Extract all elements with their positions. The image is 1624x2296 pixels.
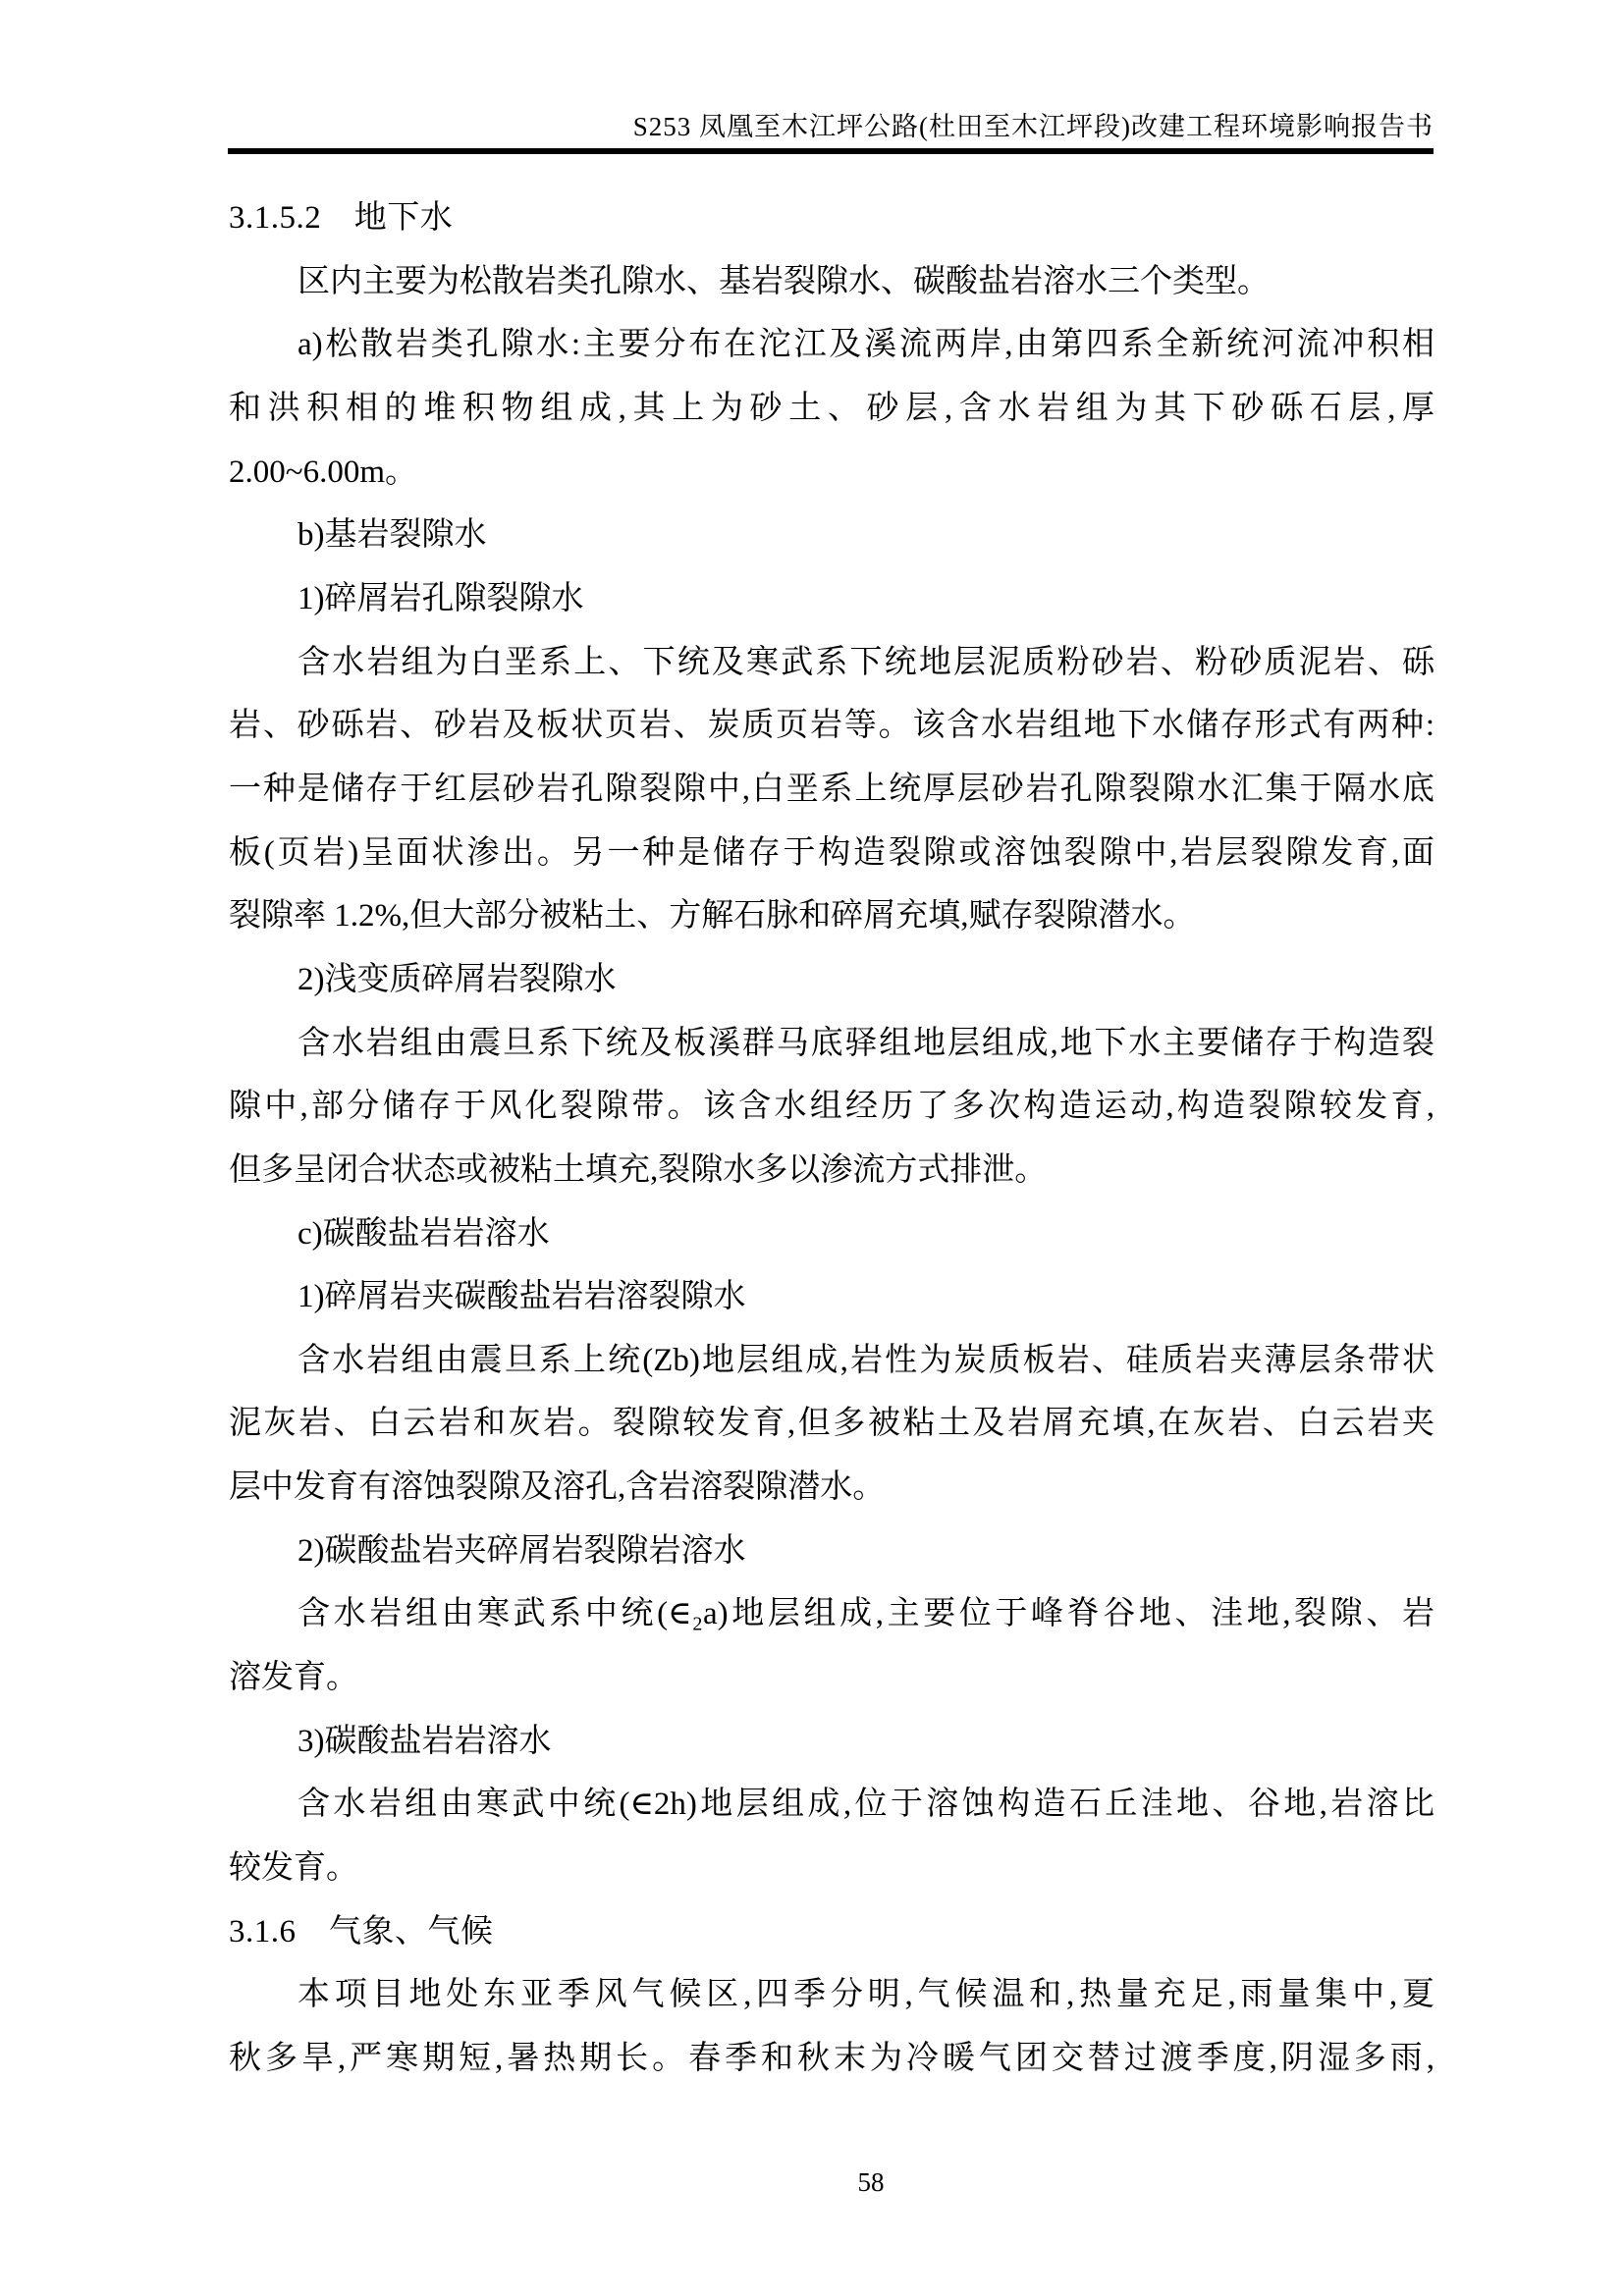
text-line: a)松散岩类孔隙水:主要分布在沱江及溪流两岸,由第四系全新统河流冲积相 [229,313,1435,377]
text-line: 秋多旱,严寒期短,暑热期长。春季和秋末为冷暖气团交替过渡季度,阴湿多雨, [229,2027,1435,2091]
document-body: 3.1.5.2 地下水区内主要为松散岩类孔隙水、基岩裂隙水、碳酸盐岩溶水三个类型… [229,187,1435,2091]
section-heading: 3.1.5.2 地下水 [229,187,1435,250]
text-line: 较发育。 [229,1837,1435,1900]
text-line: 区内主要为松散岩类孔隙水、基岩裂隙水、碳酸盐岩溶水三个类型。 [229,250,1435,314]
text-line: 含水岩组由寒武系中统(∈₂a)地层组成,主要位于峰脊谷地、洼地,裂隙、岩 [229,1582,1435,1646]
text-line: b)基岩裂隙水 [229,504,1435,567]
text-line: 2)浅变质碎屑岩裂隙水 [229,948,1435,1012]
text-line: 裂隙率 1.2%,但大部分被粘土、方解石脉和碎屑充填,赋存裂隙潜水。 [229,884,1435,948]
text-line: 2.00~6.00m。 [229,441,1435,505]
text-line: 隙中,部分储存于风化裂隙带。该含水组经历了多次构造运动,构造裂隙较发育, [229,1075,1435,1139]
text-line: 3)碳酸盐岩岩溶水 [229,1710,1435,1774]
page-header-title: S253 凤凰至木江坪公路(杜田至木江坪段)改建工程环境影响报告书 [633,110,1434,143]
text-line: 含水岩组由震旦系下统及板溪群马底驿组地层组成,地下水主要储存于构造裂 [229,1012,1435,1076]
text-line: 溶发育。 [229,1646,1435,1710]
text-line: 含水岩组由寒武中统(∈2h)地层组成,位于溶蚀构造石丘洼地、谷地,岩溶比 [229,1773,1435,1837]
section-heading: 3.1.6 气象、气候 [229,1900,1435,1964]
text-line: 本项目地处东亚季风气候区,四季分明,气候温和,热量充足,雨量集中,夏 [229,1963,1435,2027]
text-line: 一种是储存于红层砂岩孔隙裂隙中,白垩系上统厚层砂岩孔隙裂隙水汇集于隔水底 [229,758,1435,822]
text-line: 但多呈闭合状态或被粘土填充,裂隙水多以渗流方式排泄。 [229,1139,1435,1202]
text-line: 和洪积相的堆积物组成,其上为砂土、砂层,含水岩组为其下砂砾石层,厚 [229,377,1435,441]
text-line: 1)碎屑岩夹碳酸盐岩岩溶裂隙水 [229,1265,1435,1329]
text-line: 板(页岩)呈面状渗出。另一种是储存于构造裂隙或溶蚀裂隙中,岩层裂隙发育,面 [229,822,1435,885]
text-line: 岩、砂砾岩、砂岩及板状页岩、炭质页岩等。该含水岩组地下水储存形式有两种: [229,694,1435,758]
document-page: S253 凤凰至木江坪公路(杜田至木江坪段)改建工程环境影响报告书 3.1.5.… [0,0,1624,2296]
text-line: 层中发育有溶蚀裂隙及溶孔,含岩溶裂隙潜水。 [229,1456,1435,1520]
page-number: 58 [841,2165,900,2199]
text-line: 1)碎屑岩孔隙裂隙水 [229,567,1435,631]
text-line: 2)碳酸盐岩夹碎屑岩裂隙岩溶水 [229,1520,1435,1583]
text-line: c)碳酸盐岩岩溶水 [229,1202,1435,1266]
text-line: 泥灰岩、白云岩和灰岩。裂隙较发育,但多被粘土及岩屑充填,在灰岩、白云岩夹 [229,1392,1435,1456]
text-line: 含水岩组为白垩系上、下统及寒武系下统地层泥质粉砂岩、粉砂质泥岩、砾 [229,631,1435,695]
header-rule [228,148,1434,154]
text-line: 含水岩组由震旦系上统(Zb)地层组成,岩性为炭质板岩、硅质岩夹薄层条带状 [229,1329,1435,1393]
